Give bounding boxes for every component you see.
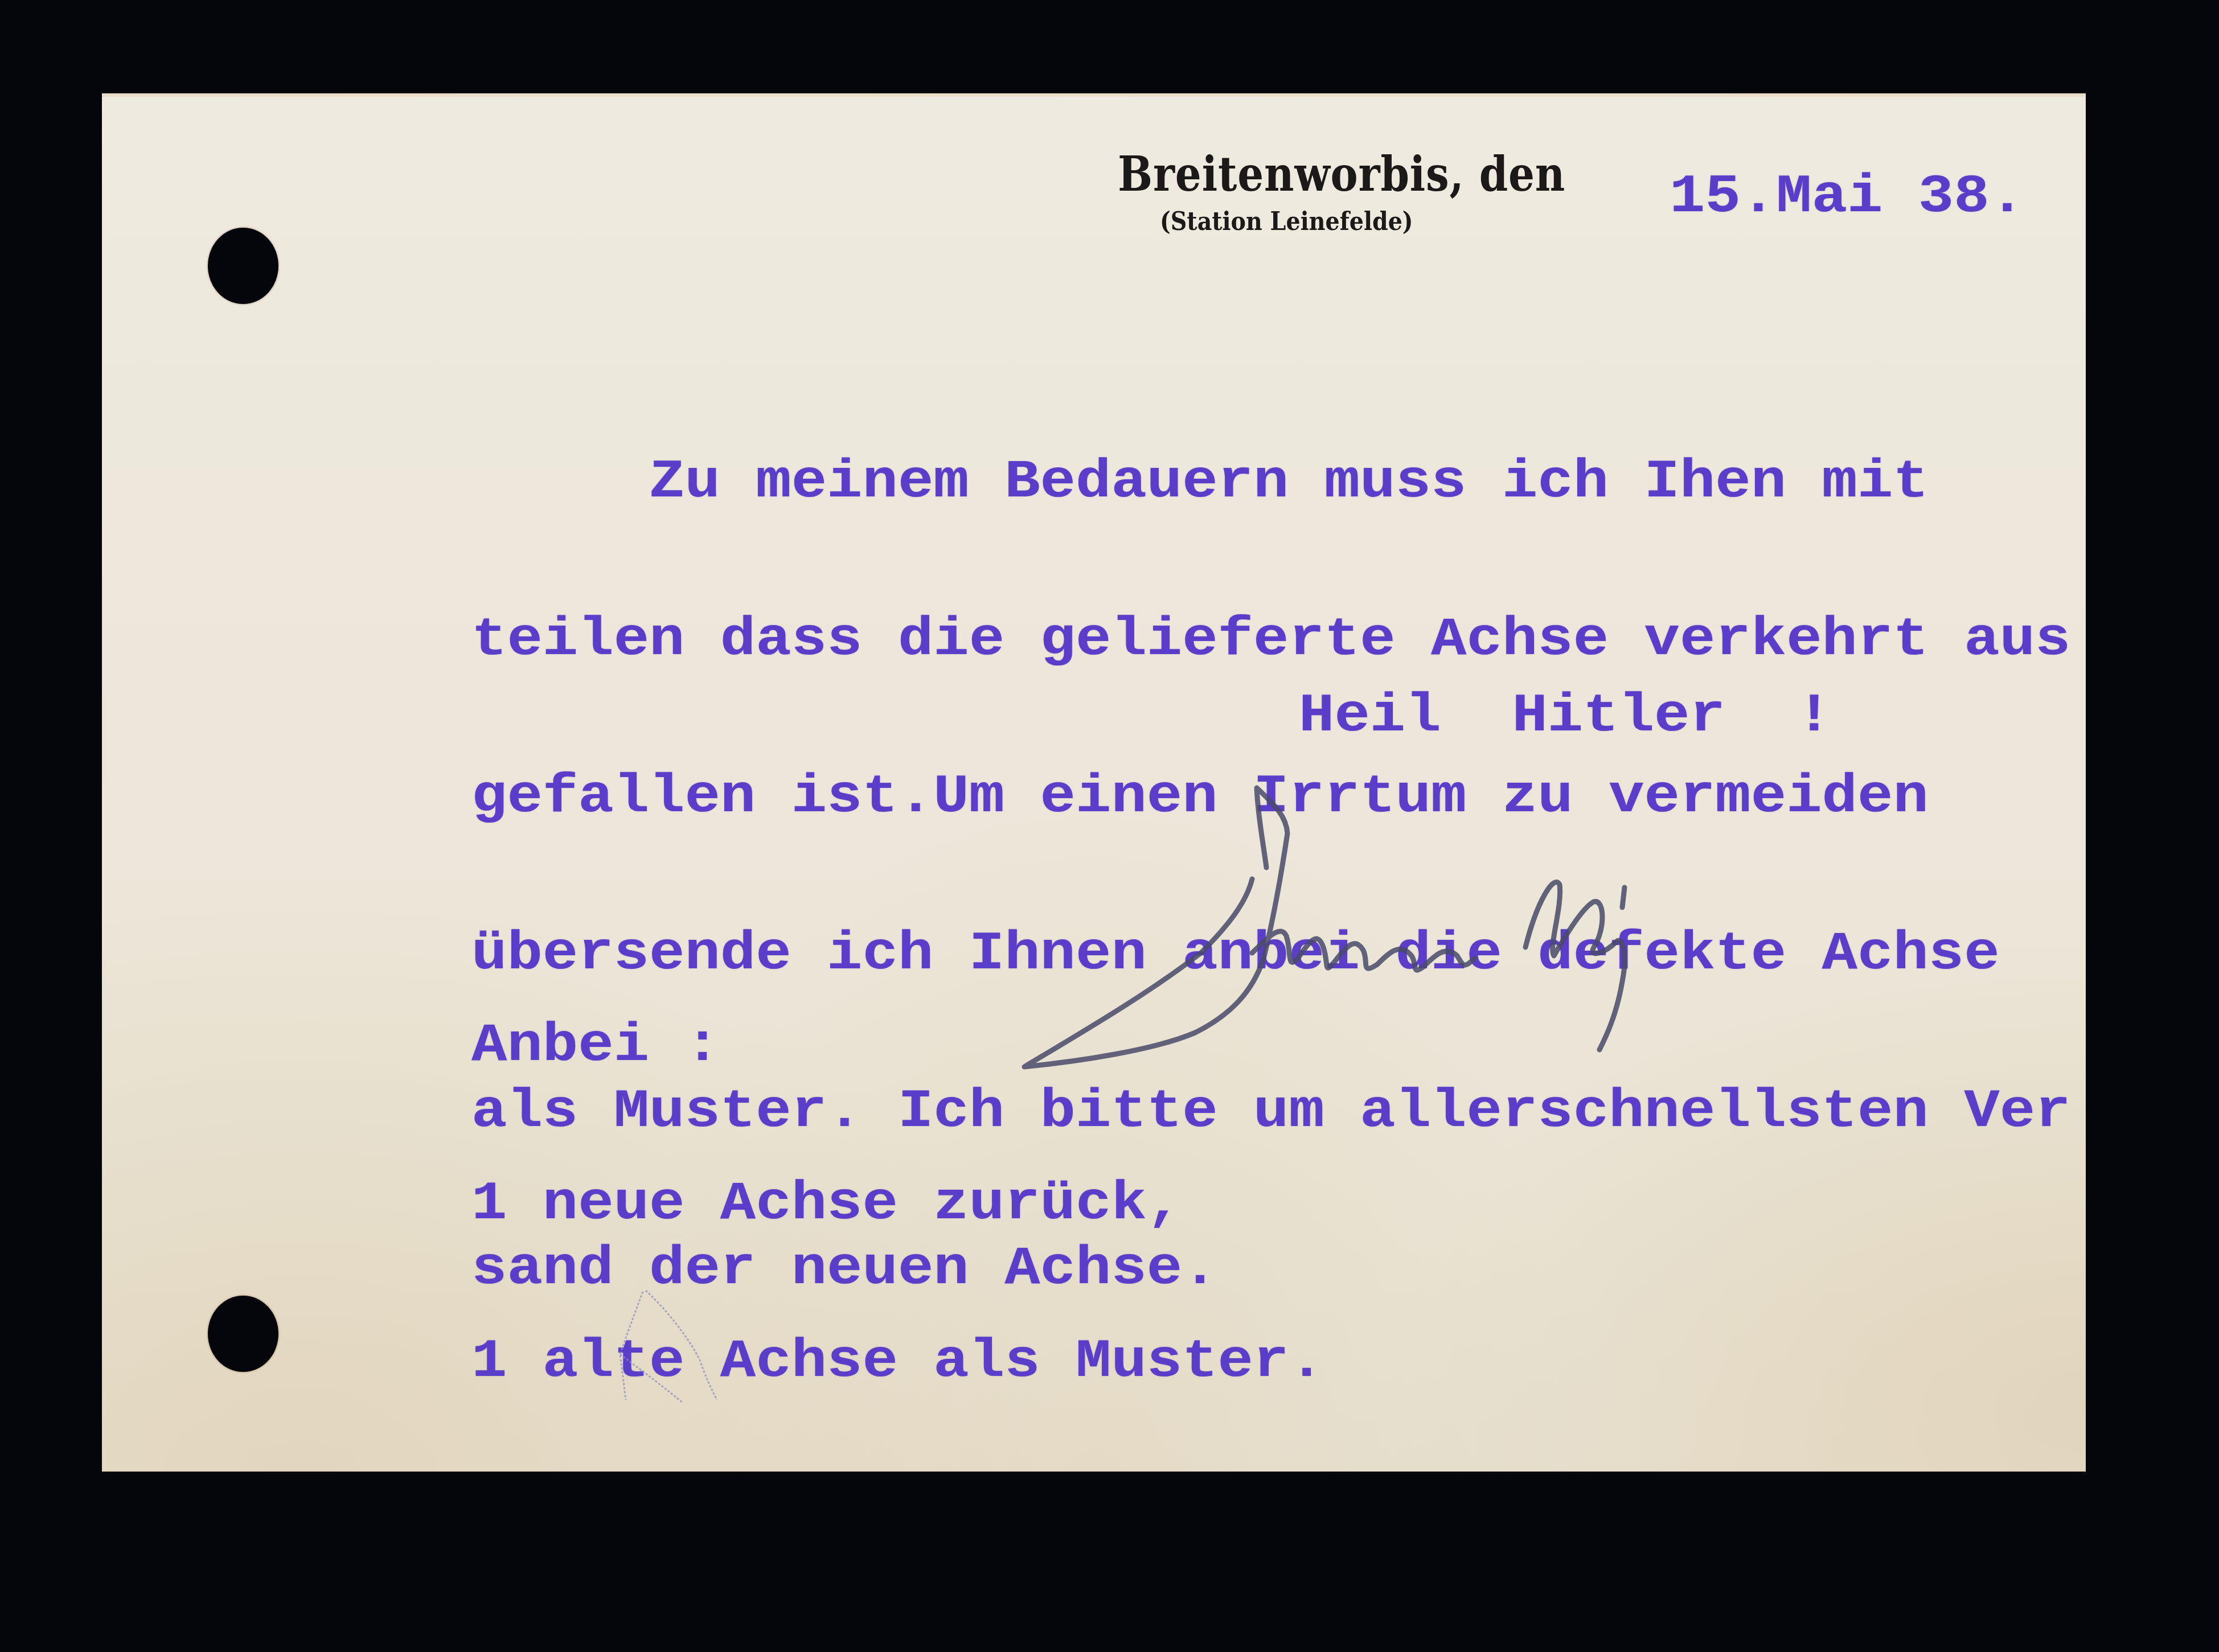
- closing-greeting: Heil Hitler !: [1299, 690, 1832, 743]
- punch-hole-top: [208, 228, 278, 304]
- letterhead-city: Breitenworbis, den: [1118, 146, 1565, 202]
- enclosures-heading: Anbei :: [471, 1020, 1324, 1071]
- enclosure-item: 1 alte Achse als Muster.: [471, 1335, 1324, 1387]
- postcard: Breitenworbis, den (Station Leinefelde) …: [102, 93, 2086, 1472]
- enclosures: Anbei : 1 neue Achse zurück, 1 alte Achs…: [471, 913, 1324, 1472]
- letterhead-station: (Station Leinefelde): [1160, 207, 1413, 236]
- body-line: Zu meinem Bedauern muss ich Ihen mit: [471, 456, 2070, 507]
- letter-date: 15.Mai 38.: [1670, 171, 2025, 224]
- pencil-mark-icon: [603, 1280, 751, 1417]
- enclosure-item: 1 neue Achse zurück,: [471, 1177, 1324, 1228]
- punch-hole-bottom: [208, 1296, 278, 1372]
- body-line: teilen dass die gelieferte Achse verkehr…: [471, 614, 2070, 664]
